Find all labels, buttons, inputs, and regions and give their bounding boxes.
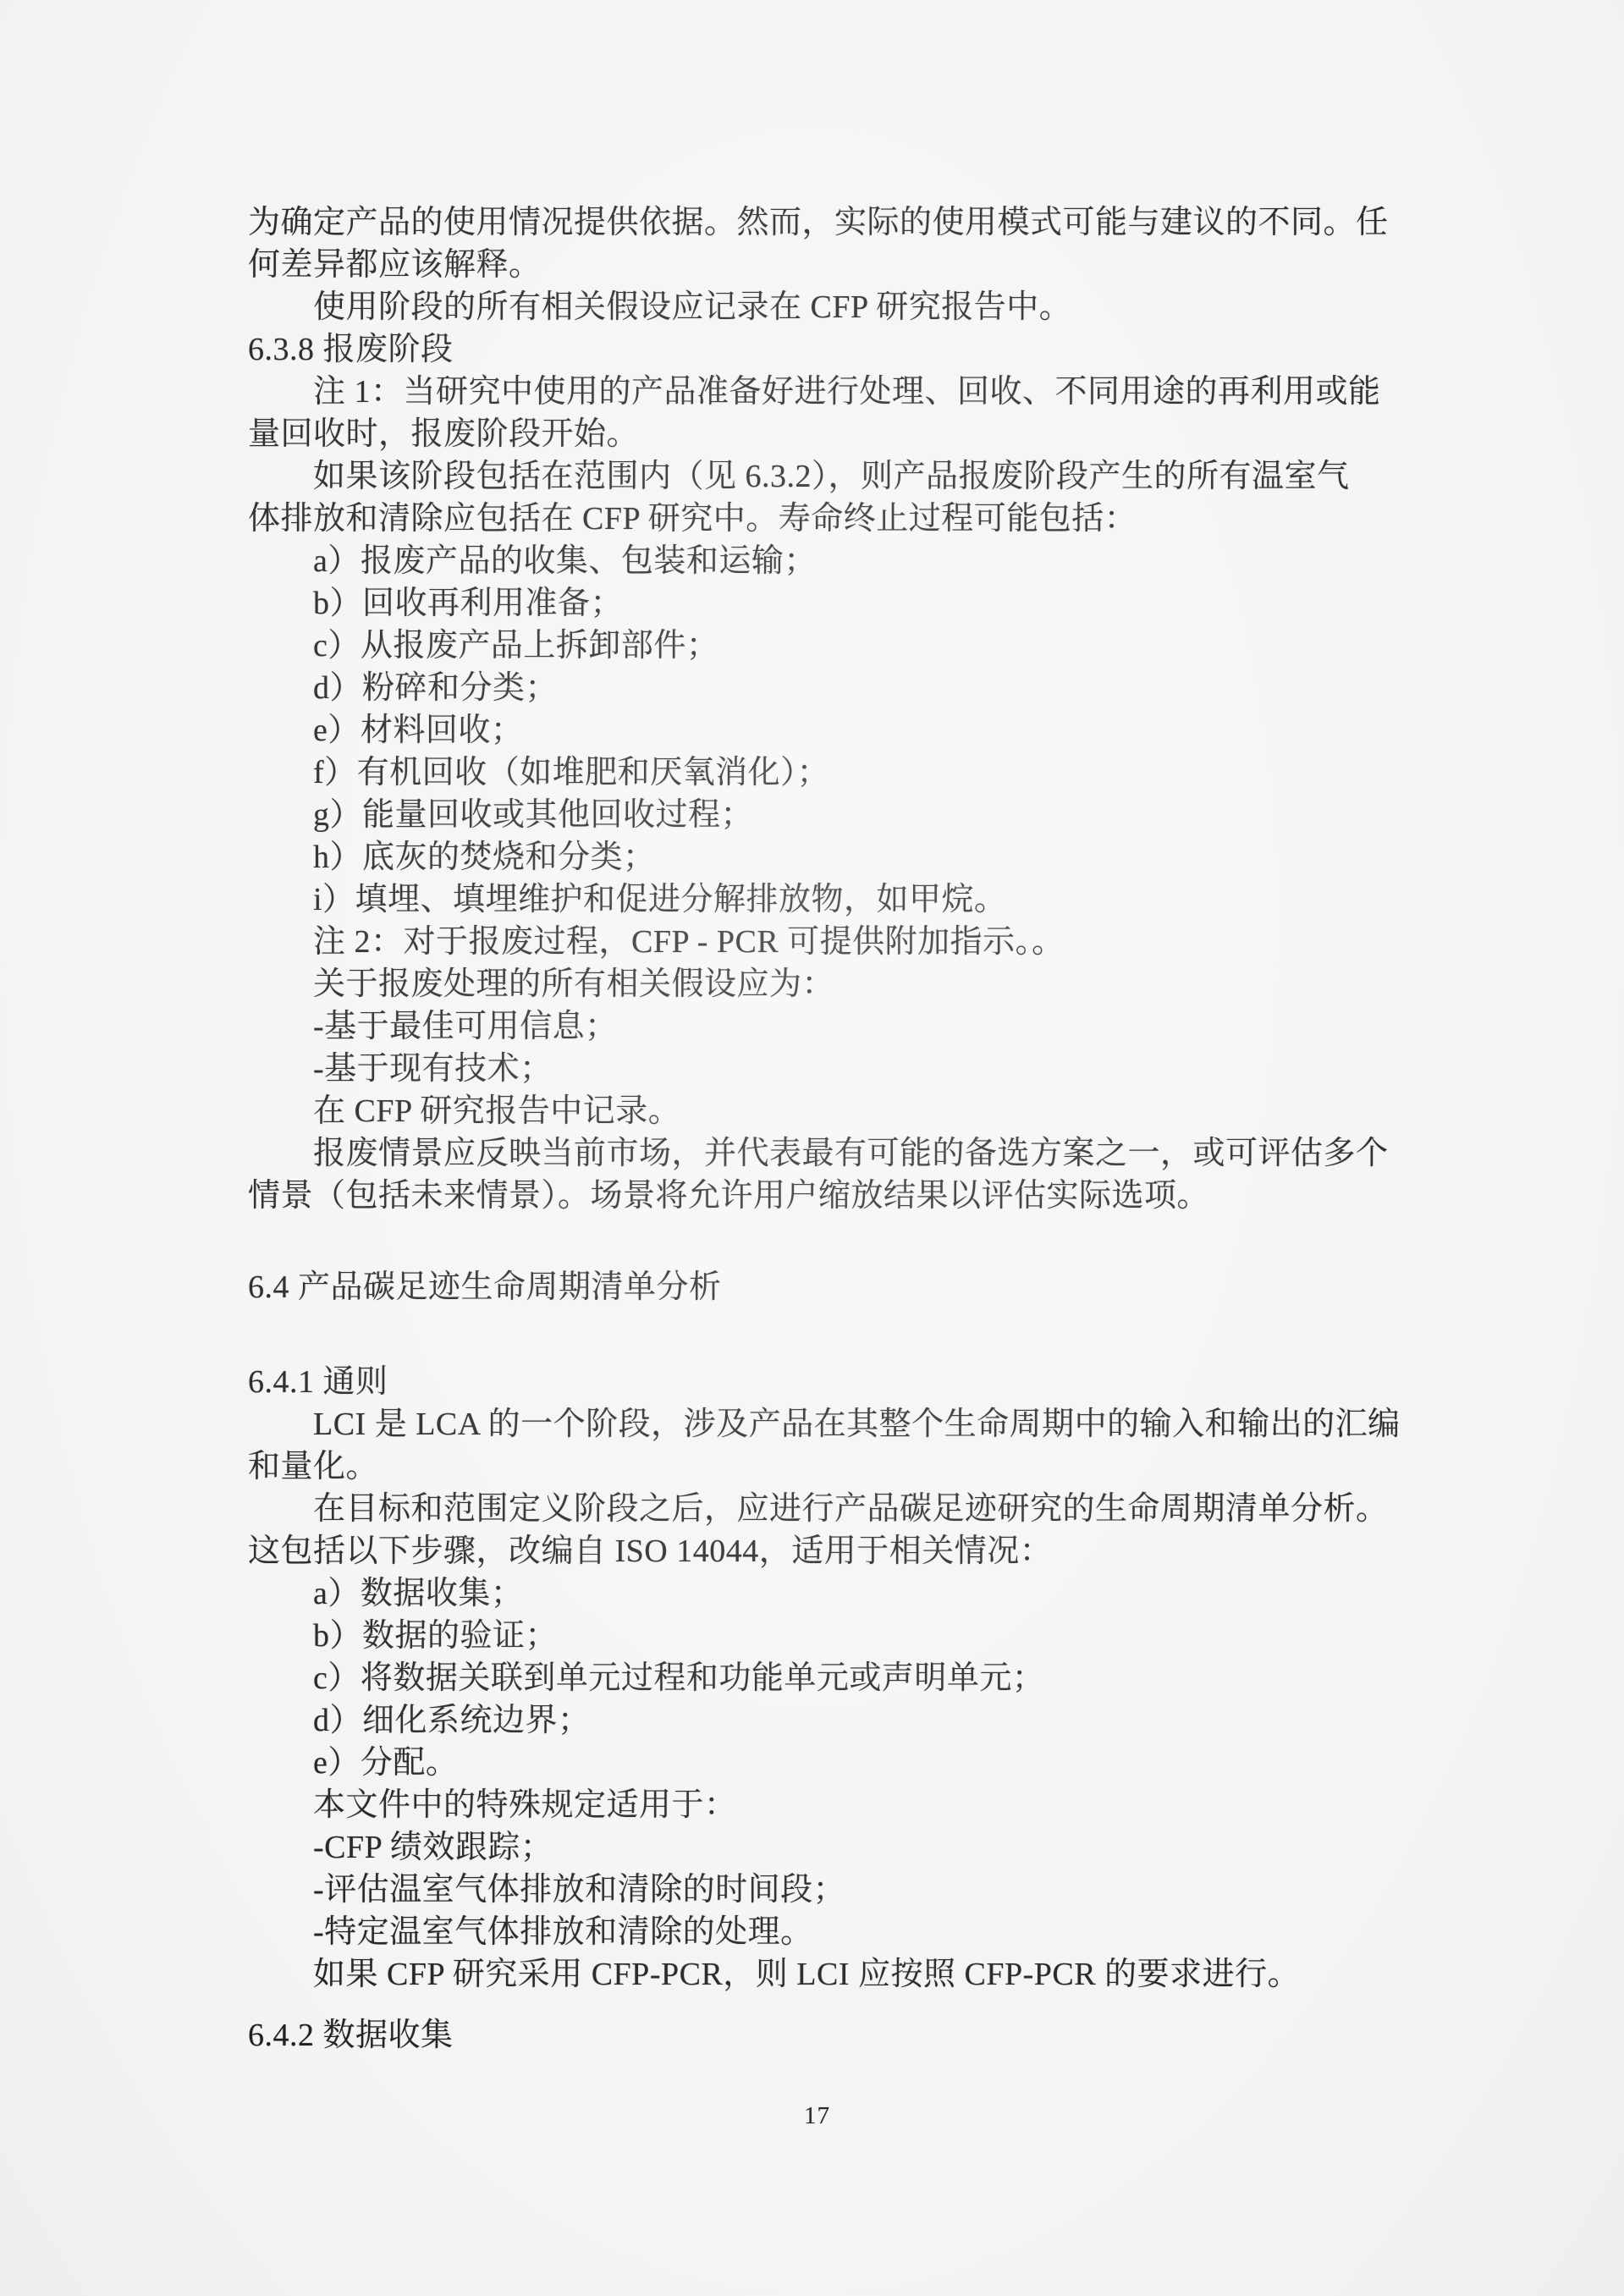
text-line: 情景（包括未来情景）。场景将允许用户缩放结果以评估实际选项。: [248, 1175, 1386, 1217]
text-line: f）有机回收（如堆肥和厌氧消化）；: [248, 752, 1386, 794]
document-page: 为确定产品的使用情况提供依据。然而，实际的使用模式可能与建议的不同。任何差异都应…: [0, 0, 1624, 2296]
text-line: 注 1：当研究中使用的产品准备好进行处理、回收、不同用途的再利用或能: [248, 371, 1386, 413]
text-line: g）能量回收或其他回收过程；: [248, 794, 1386, 836]
text-line: 和量化。: [248, 1445, 1386, 1488]
text-line: 报废情景应反映当前市场，并代表最有可能的备选方案之一，或可评估多个: [248, 1132, 1386, 1175]
text-line: d）粉碎和分类；: [248, 667, 1386, 709]
document-body: 为确定产品的使用情况提供依据。然而，实际的使用模式可能与建议的不同。任何差异都应…: [248, 201, 1386, 2056]
text-line: -CFP 绩效跟踪；: [248, 1826, 1386, 1869]
text-line: 关于报废处理的所有相关假设应为：: [248, 963, 1386, 1005]
text-line: 如果该阶段包括在范围内（见 6.3.2），则产品报废阶段产生的所有温室气: [248, 455, 1386, 498]
text-line: e）材料回收；: [248, 709, 1386, 752]
text-line: -特定温室气体排放和清除的处理。: [248, 1911, 1386, 1953]
text-line: h）底灰的焚烧和分类；: [248, 836, 1386, 878]
text-line: 本文件中的特殊规定适用于：: [248, 1784, 1386, 1826]
text-line: a）数据收集；: [248, 1572, 1386, 1615]
text-line: a）报废产品的收集、包装和运输；: [248, 540, 1386, 582]
text-line: -基于最佳可用信息；: [248, 1005, 1386, 1048]
page-number: 17: [248, 2095, 1386, 2137]
text-line: 在目标和范围定义阶段之后，应进行产品碳足迹研究的生命周期清单分析。: [248, 1488, 1386, 1530]
section-heading: 6.4 产品碳足迹生命周期清单分析: [248, 1266, 1386, 1308]
text-line: -基于现有技术；: [248, 1048, 1386, 1090]
text-line: 这包括以下步骤，改编自 ISO 14044，适用于相关情况：: [248, 1530, 1386, 1572]
text-line: b）数据的验证；: [248, 1615, 1386, 1657]
text-line: LCI 是 LCA 的一个阶段，涉及产品在其整个生命周期中的输入和输出的汇编: [248, 1403, 1386, 1445]
text-line: 何差异都应该解释。: [248, 244, 1386, 286]
text-line: 使用阶段的所有相关假设应记录在 CFP 研究报告中。: [248, 286, 1386, 328]
section-heading: 6.4.1 通则: [248, 1361, 1386, 1403]
text-line: 量回收时，报废阶段开始。: [248, 413, 1386, 455]
text-line: -评估温室气体排放和清除的时间段；: [248, 1869, 1386, 1911]
text-line: 为确定产品的使用情况提供依据。然而，实际的使用模式可能与建议的不同。任: [248, 201, 1386, 244]
text-line: i）填埋、填埋维护和促进分解排放物，如甲烷。: [248, 878, 1386, 921]
section-heading: 6.4.2 数据收集: [248, 2014, 1386, 2056]
text-line: 体排放和清除应包括在 CFP 研究中。寿命终止过程可能包括：: [248, 498, 1386, 540]
text-line: 如果 CFP 研究采用 CFP-PCR，则 LCI 应按照 CFP-PCR 的要…: [248, 1953, 1386, 1996]
text-line: d）细化系统边界；: [248, 1699, 1386, 1742]
text-line: e）分配。: [248, 1742, 1386, 1784]
text-line: b）回收再利用准备；: [248, 582, 1386, 625]
text-line: 注 2：对于报废过程，CFP - PCR 可提供附加指示。。: [248, 921, 1386, 963]
text-line: c）从报废产品上拆卸部件；: [248, 625, 1386, 667]
text-line: c）将数据关联到单元过程和功能单元或声明单元；: [248, 1657, 1386, 1699]
text-line: 在 CFP 研究报告中记录。: [248, 1090, 1386, 1132]
section-heading: 6.3.8 报废阶段: [248, 328, 1386, 371]
